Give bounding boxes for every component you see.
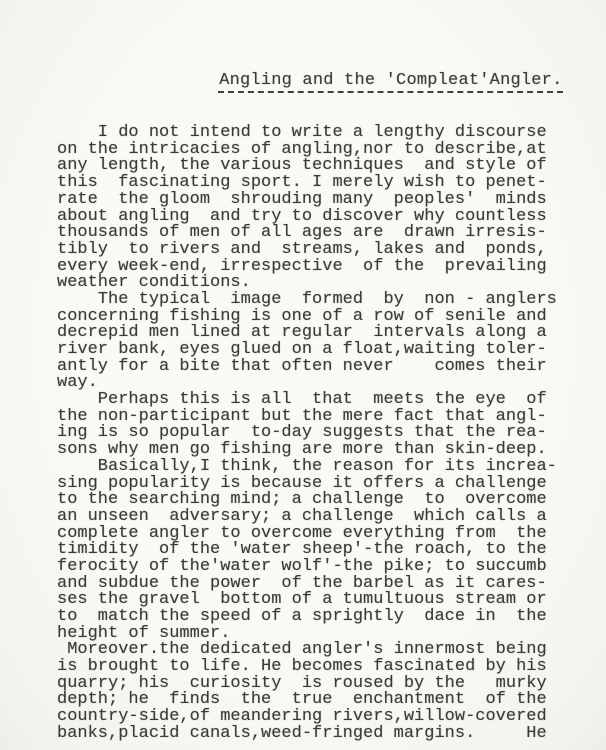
paragraph: The typical image formed by non - angler… [57, 292, 557, 392]
scanned-page: Angling and the 'Compleat'Angler. I do n… [0, 0, 606, 750]
paragraph: Perhaps this is all that meets the eye o… [57, 392, 557, 459]
paragraph: I do not intend to write a lengthy disco… [57, 125, 557, 292]
page-title: Angling and the 'Compleat'Angler. [218, 73, 563, 94]
paragraph: Basically,I think, the reason for its in… [57, 459, 557, 643]
document-body: I do not intend to write a lengthy disco… [57, 125, 557, 742]
title-row: Angling and the 'Compleat'Angler. [57, 56, 557, 110]
document-content: Angling and the 'Compleat'Angler. I do n… [57, 56, 557, 743]
text-line: antly for a bite that often never comes … [57, 359, 557, 376]
paragraph: Moreover.the dedicated angler's innermos… [57, 642, 557, 742]
text-line: banks,placid canals,weed-fringed margins… [57, 726, 557, 743]
